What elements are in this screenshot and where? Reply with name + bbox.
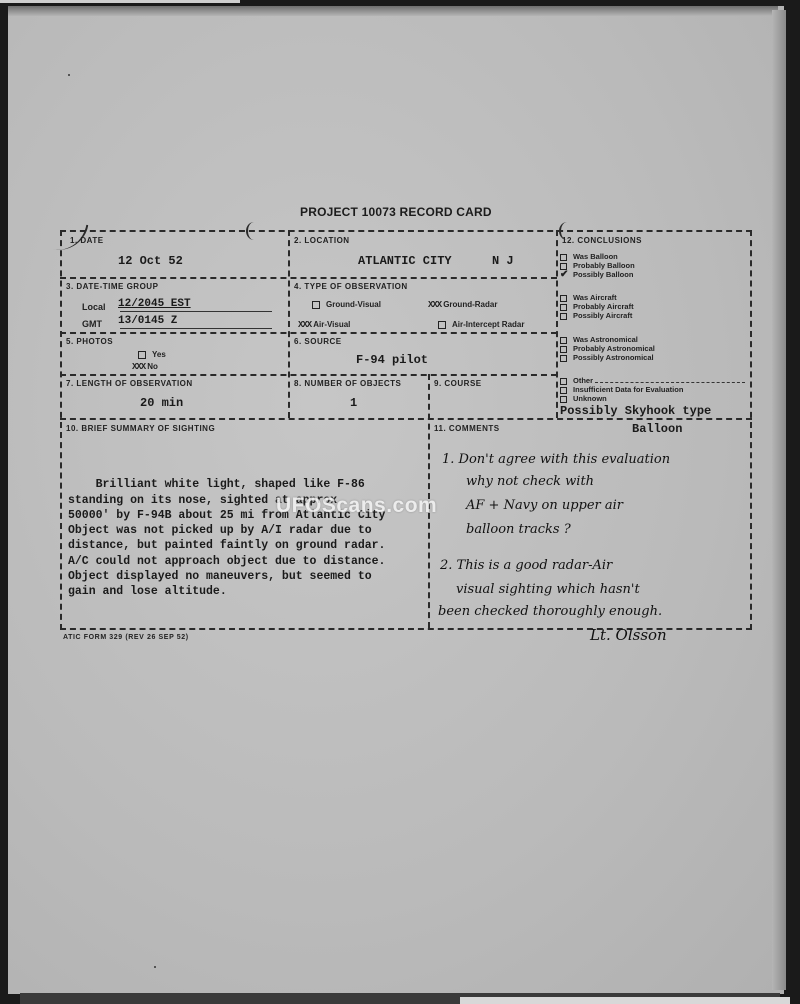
checkbox-empty-icon	[438, 321, 446, 329]
summary-line: Object displayed no maneuvers, but seeme…	[68, 570, 372, 583]
local-time-label: Local	[82, 302, 106, 312]
gmt-time-label: GMT	[82, 319, 102, 329]
photos-option-no: XXXNo	[132, 362, 158, 372]
number-of-objects-label: 8. NUMBER OF OBJECTS	[294, 379, 401, 388]
dust-speck	[68, 74, 70, 76]
course-label: 9. COURSE	[434, 379, 482, 388]
photos-label: 5. PHOTOS	[66, 337, 113, 346]
conclusion-was-balloon: Was Balloon	[560, 252, 635, 261]
observation-option-air-intercept-radar: Air-Intercept Radar	[438, 320, 524, 329]
checkbox-empty-icon	[560, 313, 567, 320]
summary-line: gain and lose altitude.	[68, 585, 227, 598]
conclusion-other: Other	[560, 376, 745, 385]
conclusion-probably-astronomical: Probably Astronomical	[560, 344, 655, 353]
divider-row3	[60, 374, 557, 376]
divider-col1	[288, 230, 290, 418]
form-number: ATIC FORM 329 (REV 26 SEP 52)	[63, 634, 189, 641]
conclusions-group-balloon: Was Balloon Probably Balloon ✔Possibly B…	[560, 252, 635, 279]
checkbox-empty-icon	[560, 346, 567, 353]
card-border-left	[60, 230, 62, 630]
gmt-time-value: 13/0145 Z	[118, 315, 177, 327]
conclusion-probably-aircraft: Probably Aircraft	[560, 302, 634, 311]
handwritten-comment-line: been checked thoroughly enough.	[438, 604, 662, 619]
conclusion-was-aircraft: Was Aircraft	[560, 293, 634, 302]
observation-option-ground-radar: XXXGround-Radar	[428, 300, 497, 310]
card-border-top	[60, 230, 752, 232]
checkbox-empty-icon	[560, 295, 567, 302]
record-card: 1. DATE 12 Oct 52 2. LOCATION ATLANTIC C…	[60, 230, 752, 630]
conclusions-group-aircraft: Was Aircraft Probably Aircraft Possibly …	[560, 293, 634, 320]
scan-edge-strip	[0, 0, 240, 3]
conclusion-possibly-astronomical: Possibly Astronomical	[560, 353, 655, 362]
conclusion-was-astronomical: Was Astronomical	[560, 335, 655, 344]
handwritten-comment-line: 2. This is a good radar-Air	[440, 558, 612, 573]
other-underline	[595, 382, 745, 383]
conclusion-possibly-balloon: ✔Possibly Balloon	[560, 270, 635, 279]
checkmark-icon: ✔	[560, 270, 570, 279]
checkbox-empty-icon	[138, 351, 146, 359]
checkbox-empty-icon	[560, 254, 567, 261]
location-city: ATLANTIC CITY	[358, 254, 452, 268]
dust-speck	[154, 966, 156, 968]
paper-right-shadow	[772, 10, 786, 990]
location-label: 2. LOCATION	[294, 236, 350, 245]
date-label: 1. DATE	[70, 236, 104, 245]
conclusion-typed-note-line1: Possibly Skyhook type	[560, 404, 711, 418]
source-value: F-94 pilot	[356, 353, 428, 367]
checkbox-empty-icon	[560, 355, 567, 362]
summary-line: Object was not picked up by A/I radar du…	[68, 524, 372, 537]
handwritten-comment-line: AF + Navy on upper air	[466, 498, 623, 513]
checkbox-empty-icon	[312, 301, 320, 309]
brief-summary-text: Brilliant white light, shaped like F-86 …	[68, 462, 428, 600]
paper-top-shadow	[8, 6, 778, 16]
scan-bottom-edge-light	[460, 997, 790, 1004]
xxx-check-mark-icon: XXX	[132, 362, 145, 372]
card-border-right	[750, 230, 752, 630]
divider-row2	[60, 332, 557, 334]
observation-option-air-visual: XXXAir-Visual	[298, 320, 350, 330]
divider-row4	[60, 418, 752, 420]
brief-summary-label: 10. BRIEF SUMMARY OF SIGHTING	[66, 424, 215, 433]
gmt-time-underline	[120, 328, 272, 329]
checkbox-empty-icon	[560, 304, 567, 311]
conclusions-group-astronomical: Was Astronomical Probably Astronomical P…	[560, 335, 655, 362]
comments-label: 11. COMMENTS	[434, 424, 500, 433]
divider-row1	[60, 277, 557, 279]
checkbox-empty-icon	[560, 337, 567, 344]
handwritten-comment-line: why not check with	[466, 474, 594, 489]
conclusion-probably-balloon: Probably Balloon	[560, 261, 635, 270]
handwritten-comment-line: 1. Don't agree with this evaluation	[442, 452, 670, 467]
summary-line: Brilliant white light, shaped like F-86	[68, 478, 365, 491]
checkbox-empty-icon	[560, 387, 567, 394]
source-label: 6. SOURCE	[294, 337, 342, 346]
photos-option-yes: Yes	[138, 350, 166, 359]
xxx-check-mark-icon: XXX	[298, 320, 311, 330]
conclusions-label: 12. CONCLUSIONS	[562, 236, 642, 245]
checkbox-empty-icon	[560, 378, 567, 385]
length-of-observation-label: 7. LENGTH OF OBSERVATION	[66, 379, 193, 388]
observation-option-ground-visual: Ground-Visual	[312, 300, 381, 309]
divider-col2	[556, 230, 558, 418]
conclusion-possibly-aircraft: Possibly Aircraft	[560, 311, 634, 320]
summary-line: distance, but painted faintly on ground …	[68, 539, 385, 552]
summary-line: A/C could not approach object due to dis…	[68, 555, 385, 568]
handwritten-comment-line: balloon tracks ?	[466, 522, 571, 537]
number-of-objects-value: 1	[350, 396, 357, 410]
conclusion-unknown: Unknown	[560, 394, 745, 403]
date-time-group-label: 3. DATE-TIME GROUP	[66, 282, 158, 291]
local-time-underline	[120, 311, 272, 312]
length-of-observation-value: 20 min	[140, 396, 183, 410]
card-title: PROJECT 10073 RECORD CARD	[300, 205, 492, 219]
location-state: N J	[492, 254, 514, 268]
conclusion-typed-note-line2: Balloon	[632, 422, 682, 436]
conclusions-group-other: Other Insufficient Data for Evaluation U…	[560, 376, 745, 403]
checkbox-empty-icon	[560, 396, 567, 403]
hole-mark-left	[246, 222, 262, 240]
handwritten-comment-line: visual sighting which hasn't	[456, 582, 640, 597]
xxx-check-mark-icon: XXX	[428, 300, 441, 310]
date-value: 12 Oct 52	[118, 254, 183, 268]
conclusion-insufficient-data: Insufficient Data for Evaluation	[560, 385, 745, 394]
local-time-value: 12/2045 EST	[118, 298, 191, 310]
observation-type-label: 4. TYPE OF OBSERVATION	[294, 282, 408, 291]
watermark: UFOScans.com	[276, 494, 437, 518]
handwritten-signature: Lt. Olsson	[590, 626, 667, 644]
